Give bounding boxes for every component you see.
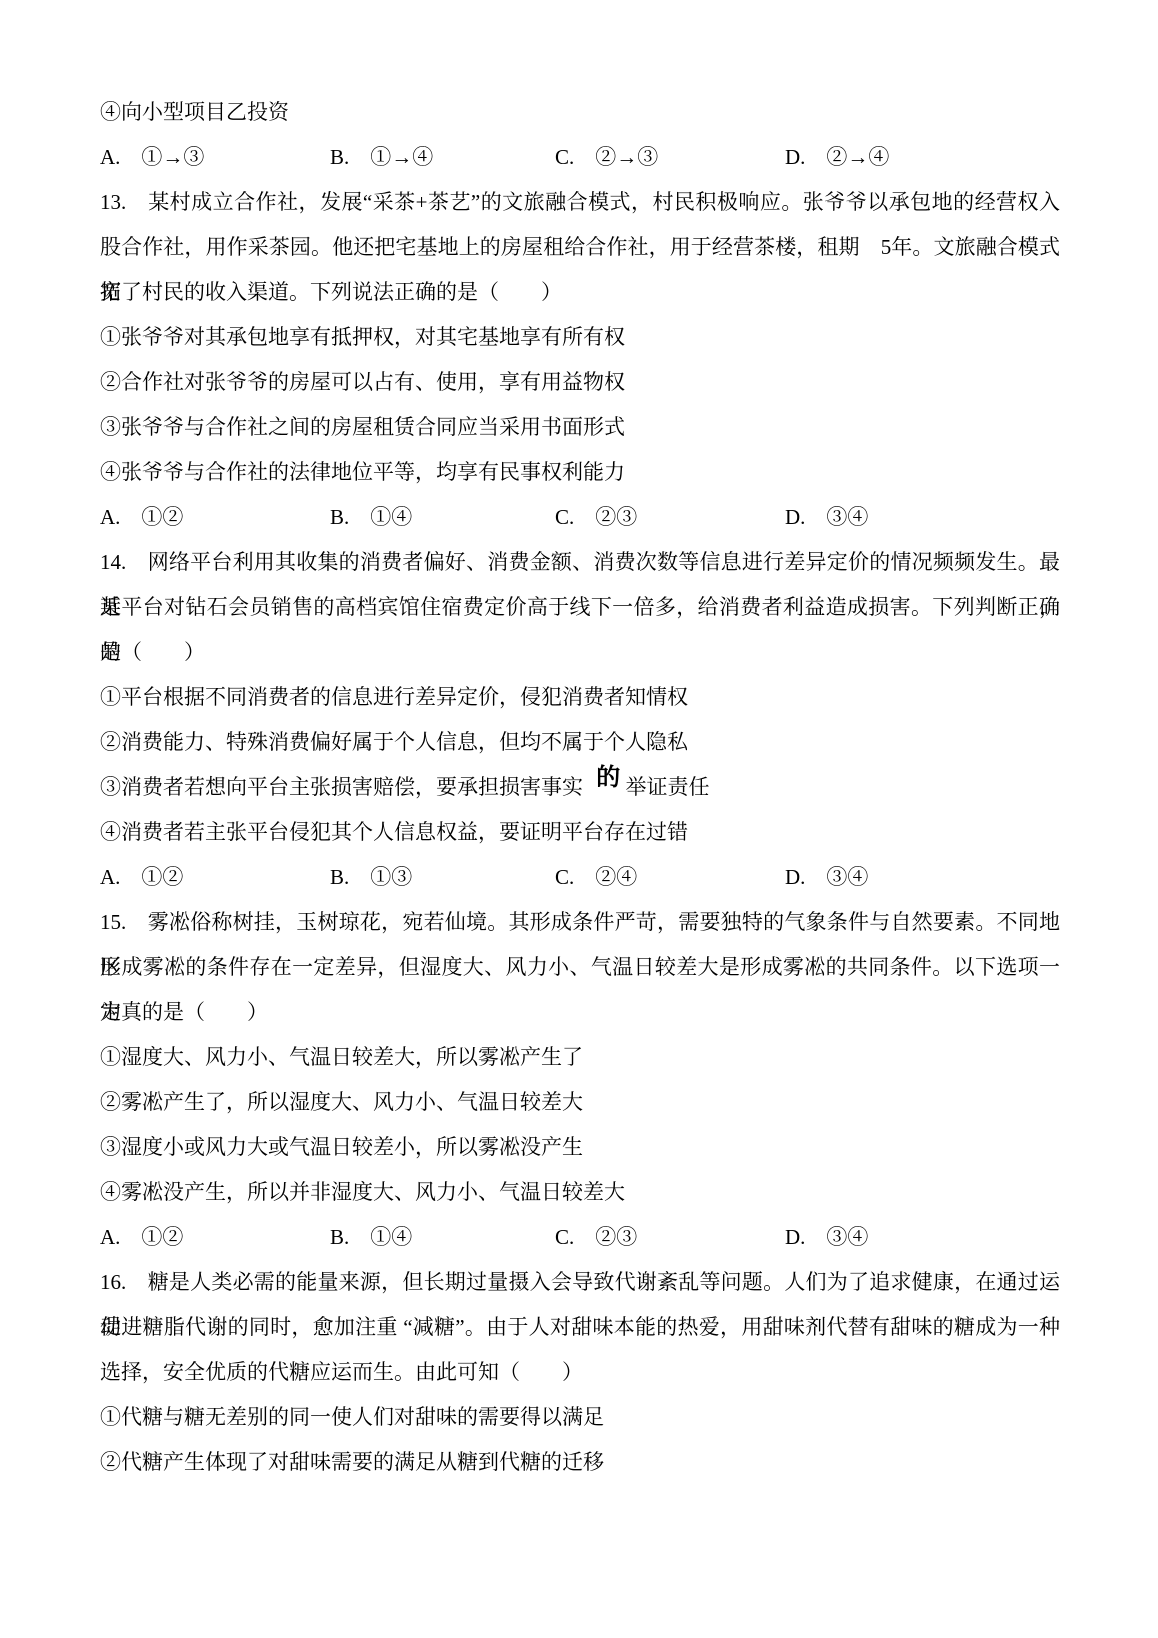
q15-option-a: A. ①② xyxy=(100,1215,183,1260)
q16-item-2: ②代糖产生体现了对甜味需要的满足从糖到代糖的迁移 xyxy=(100,1440,1060,1485)
q14-stem-line-3: 是（ ） xyxy=(100,630,1060,675)
q13-item-3: ③张爷爷与合作社之间的房屋租赁合同应当采用书面形式 xyxy=(100,405,1060,450)
q12-answer-row: A. ①→③ B. ①→④ C. ②→③ D. ②→④ xyxy=(100,135,1060,180)
q15-option-c: C. ②③ xyxy=(555,1215,637,1260)
q16-stem-line-2: 促进糖脂代谢的同时，愈加注重 “减糖”。由于人对甜味本能的热爱，用甜味剂代替有甜… xyxy=(100,1305,1060,1350)
q15-answer-row: A. ①② B. ①④ C. ②③ D. ③④ xyxy=(100,1215,1060,1260)
q15-item-2: ②雾凇产生了，所以湿度大、风力小、气温日较差大 xyxy=(100,1080,1060,1125)
q14-stem-line-2: 某平台对钻石会员销售的高档宾馆住宿费定价高于线下一倍多，给消费者利益造成损害。下… xyxy=(100,585,1060,630)
q14-item-3: ③消费者若想向平台主张损害赔偿，要承担损害事实 的 举证责任 xyxy=(100,765,1060,810)
q12-option-d: D. ②→④ xyxy=(785,135,889,180)
q13-item-1: ①张爷爷对其承包地享有抵押权，对其宅基地享有所有权 xyxy=(100,315,1060,360)
q12-option-a: A. ①→③ xyxy=(100,135,204,180)
q15-item-1: ①湿度大、风力小、气温日较差大，所以雾凇产生了 xyxy=(100,1035,1060,1080)
q14-item-2: ②消费能力、特殊消费偏好属于个人信息，但均不属于个人隐私 xyxy=(100,720,1060,765)
q13-option-a: A. ①② xyxy=(100,495,183,540)
q13-option-b: B. ①④ xyxy=(330,495,412,540)
q14-stem-line-1: 14. 网络平台利用其收集的消费者偏好、消费金额、消费次数等信息进行差异定价的情… xyxy=(100,540,1060,585)
q13-answer-row: A. ①② B. ①④ C. ②③ D. ③④ xyxy=(100,495,1060,540)
q14-option-a: A. ①② xyxy=(100,855,183,900)
q14-item3-pre: ③消费者若想向平台主张损害赔偿，要承担损害事实 xyxy=(100,775,583,799)
q13-stem-line-3: 宽了村民的收入渠道。下列说法正确的是（ ） xyxy=(100,270,1060,315)
q16-item-1: ①代糖与糖无差别的同一使人们对甜味的需要得以满足 xyxy=(100,1395,1060,1440)
q15-stem-line-2: 形成雾凇的条件存在一定差异，但湿度大、风力小、气温日较差大是形成雾凇的共同条件。… xyxy=(100,945,1060,990)
exam-page: ④向小型项目乙投资 A. ①→③ B. ①→④ C. ②→③ D. ②→④ 13… xyxy=(0,0,1158,1638)
q14-option-c: C. ②④ xyxy=(555,855,637,900)
q15-item-4: ④雾凇没产生，所以并非湿度大、风力小、气温日较差大 xyxy=(100,1170,1060,1215)
q13-stem-line-1: 13. 某村成立合作社，发展“采茶+茶艺”的文旅融合模式，村民积极响应。张爷爷以… xyxy=(100,180,1060,225)
q13-stem-line-2: 股合作社，用作采茶园。他还把宅基地上的房屋租给合作社，用于经营茶楼，租期 5年。… xyxy=(100,225,1060,270)
q14-option-d: D. ③④ xyxy=(785,855,868,900)
q16-stem-line-3: 选择，安全优质的代糖应运而生。由此可知（ ） xyxy=(100,1350,1060,1395)
q13-option-d: D. ③④ xyxy=(785,495,868,540)
q15-stem-line-1: 15. 雾凇俗称树挂，玉树琼花，宛若仙境。其形成条件严苛，需要独特的气象条件与自… xyxy=(100,900,1060,945)
q14-item-1: ①平台根据不同消费者的信息进行差异定价，侵犯消费者知情权 xyxy=(100,675,1060,720)
q14-item3-post: 举证责任 xyxy=(626,775,710,799)
q13-option-c: C. ②③ xyxy=(555,495,637,540)
q13-item-4: ④张爷爷与合作社的法律地位平等，均享有民事权利能力 xyxy=(100,450,1060,495)
q16-stem-line-1: 16. 糖是人类必需的能量来源，但长期过量摄入会导致代谢紊乱等问题。人们为了追求… xyxy=(100,1260,1060,1305)
q12-option-b: B. ①→④ xyxy=(330,135,433,180)
q15-option-d: D. ③④ xyxy=(785,1215,868,1260)
q15-item-3: ③湿度小或风力大或气温日较差小，所以雾凇没产生 xyxy=(100,1125,1060,1170)
q14-item-4: ④消费者若主张平台侵犯其个人信息权益，要证明平台存在过错 xyxy=(100,810,1060,855)
q13-item-2: ②合作社对张爷爷的房屋可以占有、使用，享有用益物权 xyxy=(100,360,1060,405)
q15-stem-line-3: 为真的是（ ） xyxy=(100,990,1060,1035)
q14-answer-row: A. ①② B. ①③ C. ②④ D. ③④ xyxy=(100,855,1060,900)
q14-item3-emphasis: 的 xyxy=(596,765,620,791)
q12-option-c: C. ②→③ xyxy=(555,135,658,180)
q14-option-b: B. ①③ xyxy=(330,855,412,900)
q12-item-4: ④向小型项目乙投资 xyxy=(100,90,1060,135)
q15-option-b: B. ①④ xyxy=(330,1215,412,1260)
